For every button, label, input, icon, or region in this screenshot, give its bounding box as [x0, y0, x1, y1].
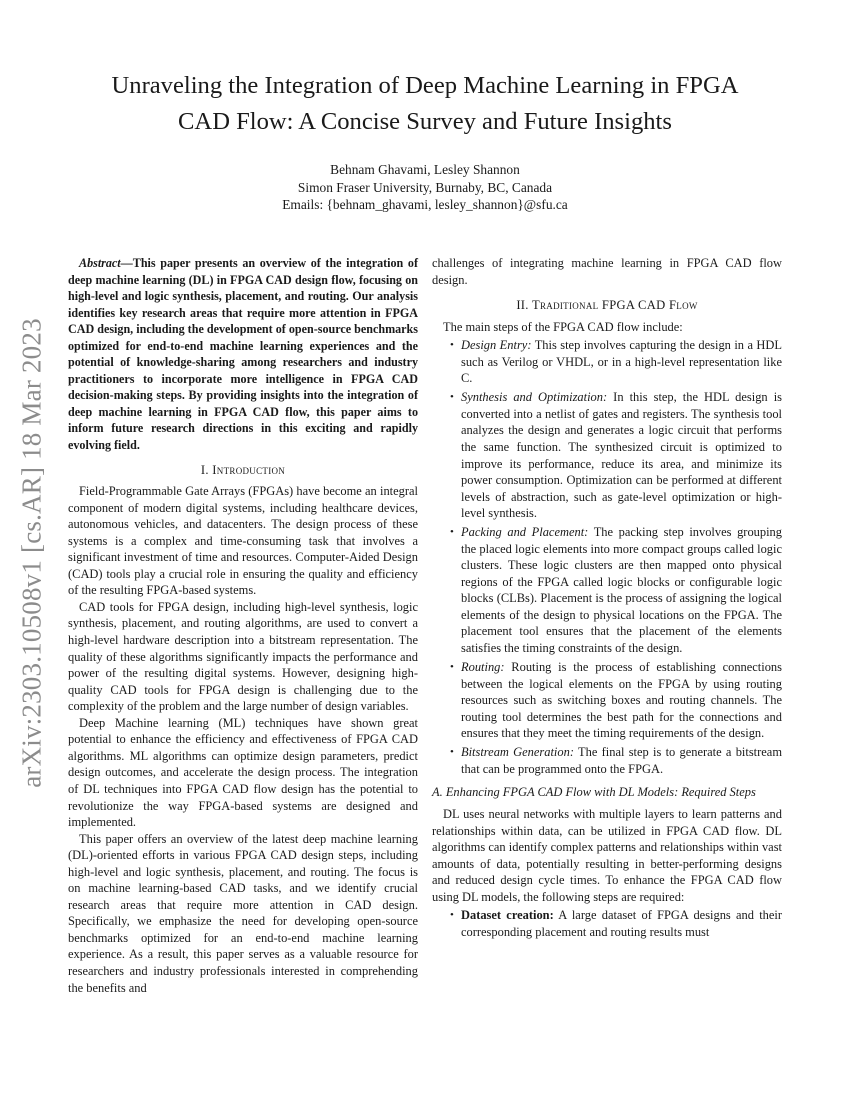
title-line-2: CAD Flow: A Concise Survey and Future In…	[60, 104, 790, 140]
list-item-packing-placement: Packing and Placement: The packing step …	[461, 524, 782, 656]
right-column: challenges of integrating machine learni…	[432, 255, 782, 943]
step-term: Design Entry:	[461, 338, 531, 352]
intro-paragraph-4: This paper offers an overview of the lat…	[68, 831, 418, 996]
author-names: Behnam Ghavami, Lesley Shannon	[60, 161, 790, 179]
section-heading-traditional-flow: II. Traditional FPGA CAD Flow	[432, 297, 782, 314]
dl-steps-list: Dataset creation: A large dataset of FPG…	[432, 907, 782, 940]
intro-paragraph-1: Field-Programmable Gate Arrays (FPGAs) h…	[68, 483, 418, 599]
subsection-paragraph: DL uses neural networks with multiple la…	[432, 806, 782, 905]
list-item-design-entry: Design Entry: This step involves capturi…	[461, 337, 782, 387]
title-line-1: Unraveling the Integration of Deep Machi…	[60, 68, 790, 104]
step-term: Bitstream Generation:	[461, 745, 574, 759]
step-text: Routing is the process of establishing c…	[461, 660, 782, 740]
arxiv-watermark: arXiv:2303.10508v1 [cs.AR] 18 Mar 2023	[12, 260, 52, 846]
cad-flow-steps-list: Design Entry: This step involves capturi…	[432, 337, 782, 777]
abstract-text: —This paper presents an overview of the …	[68, 256, 418, 452]
intro-paragraph-2: CAD tools for FPGA design, including hig…	[68, 599, 418, 715]
list-item-routing: Routing: Routing is the process of estab…	[461, 659, 782, 742]
list-item-synthesis: Synthesis and Optimization: In this step…	[461, 389, 782, 521]
author-emails: Emails: {behnam_ghavami, lesley_shannon}…	[60, 196, 790, 214]
abstract-label: Abstract	[79, 256, 121, 270]
step-term: Routing:	[461, 660, 505, 674]
left-column: Abstract—This paper presents an overview…	[68, 255, 418, 996]
paper-title: Unraveling the Integration of Deep Machi…	[60, 68, 790, 140]
intro-paragraph-4-continuation: challenges of integrating machine learni…	[432, 255, 782, 288]
list-item-dataset-creation: Dataset creation: A large dataset of FPG…	[461, 907, 782, 940]
traditional-flow-intro: The main steps of the FPGA CAD flow incl…	[432, 319, 782, 336]
step-term: Dataset creation:	[461, 908, 554, 922]
step-term: Packing and Placement:	[461, 525, 588, 539]
step-term: Synthesis and Optimization:	[461, 390, 607, 404]
step-text: In this step, the HDL design is converte…	[461, 390, 782, 520]
author-affiliation: Simon Fraser University, Burnaby, BC, Ca…	[60, 179, 790, 197]
author-block: Behnam Ghavami, Lesley Shannon Simon Fra…	[60, 161, 790, 214]
abstract: Abstract—This paper presents an overview…	[68, 255, 418, 454]
arxiv-identifier: arXiv:2303.10508v1 [cs.AR] 18 Mar 2023	[17, 318, 48, 788]
section-heading-introduction: I. Introduction	[68, 462, 418, 479]
subsection-heading-enhancing: A. Enhancing FPGA CAD Flow with DL Model…	[432, 784, 782, 801]
step-text: The packing step involves group­ing the …	[461, 525, 782, 655]
intro-paragraph-3: Deep Machine learning (ML) techniques ha…	[68, 715, 418, 831]
list-item-bitstream: Bitstream Generation: The final step is …	[461, 744, 782, 777]
